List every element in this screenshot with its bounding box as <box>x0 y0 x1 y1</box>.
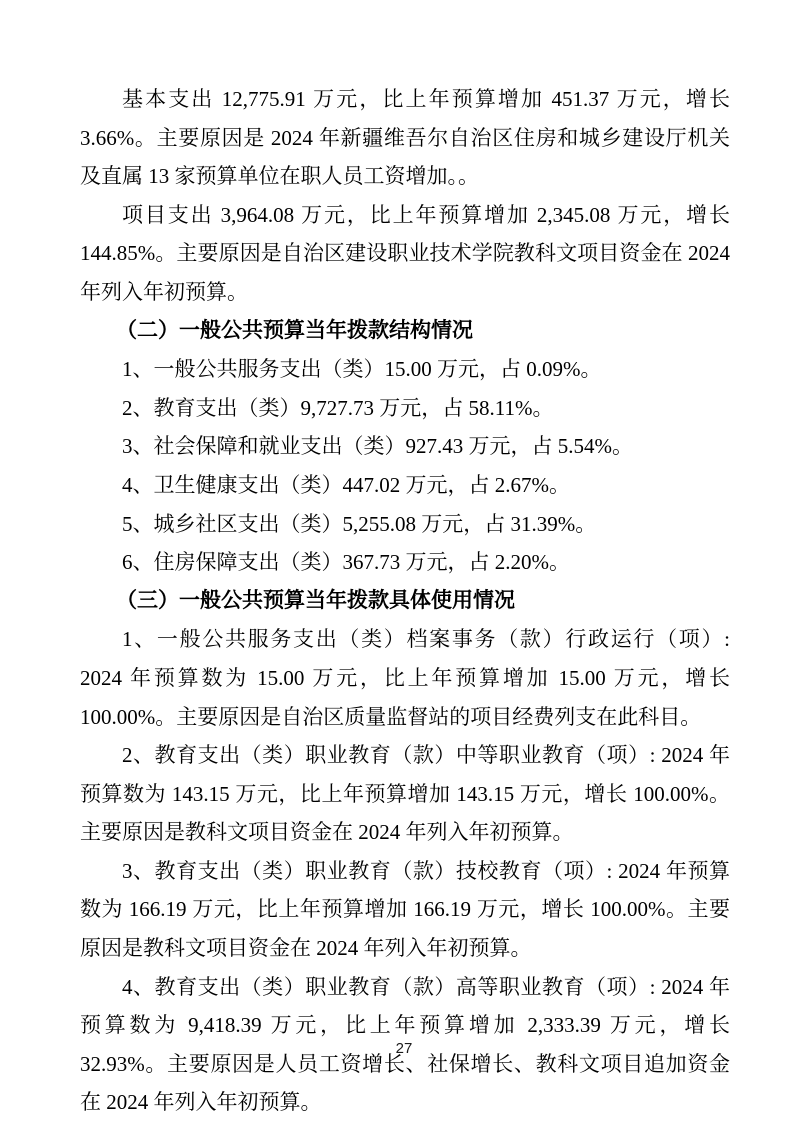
section-heading-allocation-structure: （二）一般公共预算当年拨款结构情况 <box>80 312 730 351</box>
paragraph-item-secondary-vocational: 2、教育支出（类）职业教育（款）中等职业教育（项）: 2024 年预算数为 14… <box>80 736 730 852</box>
paragraph-item-technical-school: 3、教育支出（类）职业教育（款）技校教育（项）: 2024 年预算数为 166.… <box>80 852 730 968</box>
paragraph-project-expenditure: 项目支出 3,964.08 万元，比上年预算增加 2,345.08 万元，增长 … <box>80 196 730 312</box>
document-page: 基本支出 12,775.91 万元，比上年预算增加 451.37 万元，增长 3… <box>0 0 808 1143</box>
section-heading-allocation-usage: （三）一般公共预算当年拨款具体使用情况 <box>80 582 730 621</box>
list-item-urban-rural-community: 5、城乡社区支出（类）5,255.08 万元，占 31.39%。 <box>80 505 730 544</box>
paragraph-item-archives-admin: 1、一般公共服务支出（类）档案事务（款）行政运行（项）: 2024 年预算数为 … <box>80 620 730 736</box>
page-number: 27 <box>0 1040 808 1057</box>
list-item-social-security: 3、社会保障和就业支出（类）927.43 万元，占 5.54%。 <box>80 427 730 466</box>
list-item-education: 2、教育支出（类）9,727.73 万元，占 58.11%。 <box>80 389 730 428</box>
list-item-general-public-services: 1、一般公共服务支出（类）15.00 万元，占 0.09%。 <box>80 350 730 389</box>
list-item-health: 4、卫生健康支出（类）447.02 万元，占 2.67%。 <box>80 466 730 505</box>
list-item-housing-security: 6、住房保障支出（类）367.73 万元，占 2.20%。 <box>80 543 730 582</box>
paragraph-basic-expenditure: 基本支出 12,775.91 万元，比上年预算增加 451.37 万元，增长 3… <box>80 80 730 196</box>
